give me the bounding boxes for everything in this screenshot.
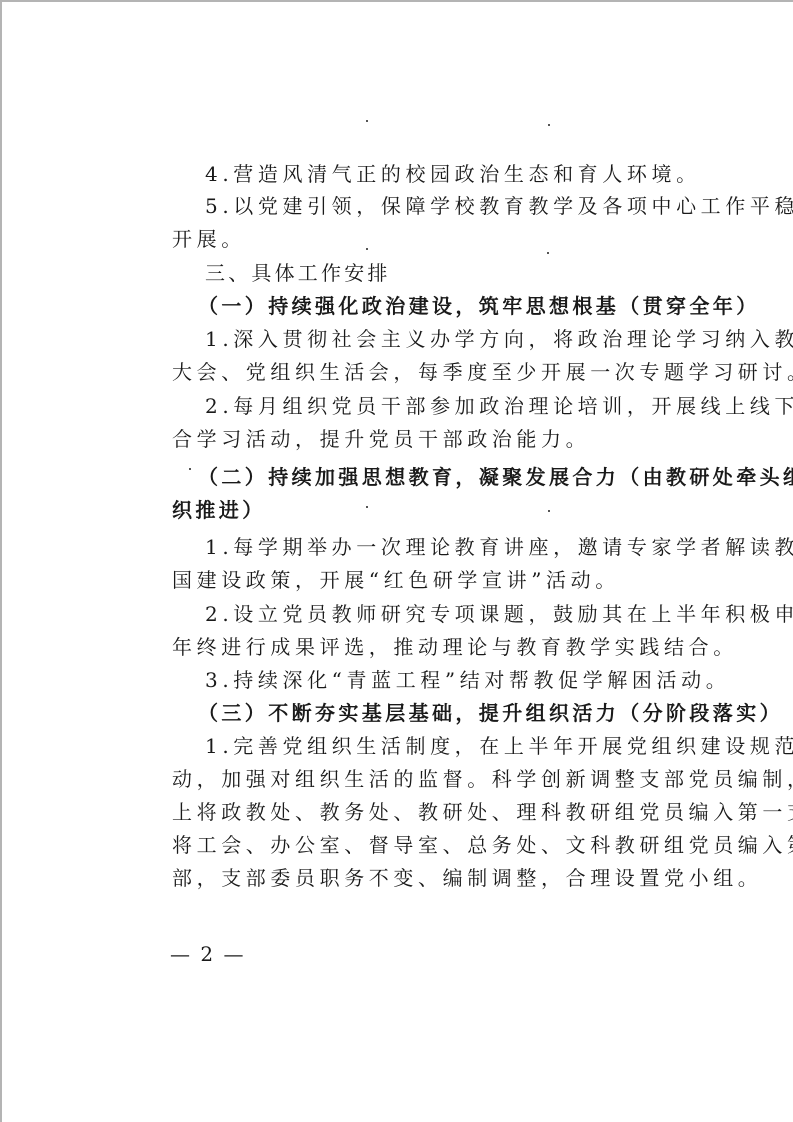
subsection-heading-3: （三）不断夯实基层基础，提升组织活力（分阶段落实） xyxy=(198,700,668,726)
sub3-item1-line5: 部，支部委员职务不变、编制调整，合理设置党小组。 xyxy=(172,865,642,891)
subsection-heading-2-line2: 织推进） xyxy=(172,497,642,523)
paragraph-item-4: 4.营造风清气正的校园政治生态和育人环境。 xyxy=(205,161,675,187)
sub3-item1-line1: 1.完善党组织生活制度，在上半年开展党组织建设规范月活 xyxy=(205,733,675,759)
page-number: — 2 — xyxy=(170,942,245,966)
sub3-item1-line3: 上将政教处、教务处、教研处、理科教研组党员编入第一支部， xyxy=(172,799,642,825)
subsection-heading-2-line1: （二）持续加强思想教育，凝聚发展合力（由教研处牵头组 xyxy=(198,464,668,490)
sub2-item2-line1: 2.设立党员教师研究专项课题，鼓励其在上半年积极申报， xyxy=(205,601,675,627)
sub1-item2-line1: 2.每月组织党员干部参加政治理论培训，开展线上线下相结 xyxy=(205,393,675,419)
paragraph-item-5-line2: 开展。 xyxy=(172,226,642,252)
sub1-item2-line2: 合学习活动，提升党员干部政治能力。 xyxy=(172,426,642,452)
scan-speck xyxy=(366,120,368,122)
subsection-heading-1: （一）持续强化政治建设，筑牢思想根基（贯穿全年） xyxy=(198,293,668,319)
scan-speck xyxy=(548,124,550,126)
sub1-item1-line2: 大会、党组织生活会，每季度至少开展一次专题学习研讨。 xyxy=(172,359,642,385)
paragraph-item-5-line1: 5.以党建引领，保障学校教育教学及各项中心工作平稳有序 xyxy=(205,193,675,219)
scan-speck xyxy=(547,252,549,254)
scan-speck xyxy=(189,468,191,470)
sub3-item1-line2: 动，加强对组织生活的监督。科学创新调整支部党员编制，原则 xyxy=(172,766,642,792)
document-page: 4.营造风清气正的校园政治生态和育人环境。 5.以党建引领，保障学校教育教学及各… xyxy=(0,0,793,1122)
section-heading-3: 三、具体工作安排 xyxy=(205,260,675,286)
sub2-item1-line2: 国建设政策，开展“红色研学宣讲”活动。 xyxy=(172,567,642,593)
sub1-item1-line1: 1.深入贯彻社会主义办学方向，将政治理论学习纳入教职工 xyxy=(205,326,675,352)
sub2-item1-line1: 1.每学期举办一次理论教育讲座，邀请专家学者解读教育强 xyxy=(205,534,675,560)
sub2-item3: 3.持续深化“青蓝工程”结对帮教促学解困活动。 xyxy=(205,667,675,693)
sub3-item1-line4: 将工会、办公室、督导室、总务处、文科教研组党员编入第二支 xyxy=(172,832,642,858)
sub2-item2-line2: 年终进行成果评选，推动理论与教育教学实践结合。 xyxy=(172,634,642,660)
